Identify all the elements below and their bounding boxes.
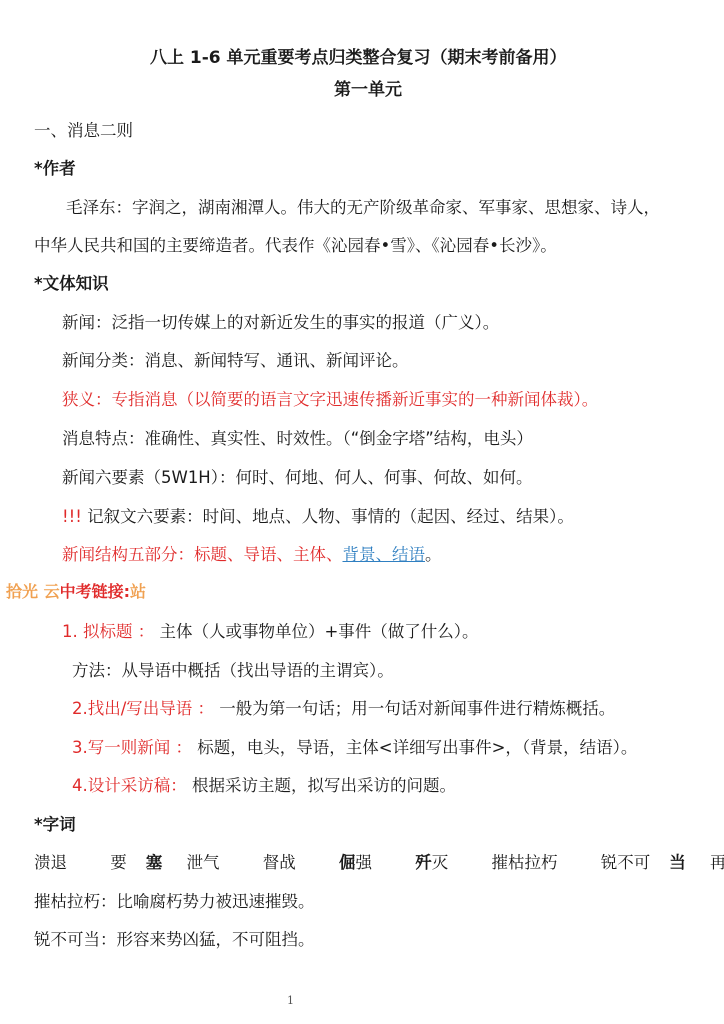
watermark-right: 站	[130, 582, 146, 601]
news-types: 新闻分类：消息、新闻特写、通讯、新闻评论。	[62, 350, 409, 372]
document-title: 八上 1-6 单元重要考点归类整合复习（期末考前备用）	[150, 47, 567, 69]
news-structure: 新闻结构五部分：标题、导语、主体、背景、结语。	[62, 544, 442, 566]
method-text: 方法：从导语中概括（找出导语的主谓宾）。	[72, 660, 394, 682]
definition-1: 摧枯拉朽：比喻腐朽势力被迅速摧毁。	[34, 891, 315, 913]
page-number: 1	[287, 994, 294, 1007]
vocab-item: 要塞	[110, 853, 162, 872]
task-4-text: 根据采访主题，拟写出采访的问题。	[192, 776, 456, 795]
watermark-row: 拾光 云中考链接:站	[6, 581, 146, 603]
task-3-label: 3.写一则新闻 ：	[72, 738, 192, 757]
vocab-item: 锐不可当	[601, 853, 686, 872]
vocab-item: 倔强	[339, 853, 391, 872]
definition-2: 锐不可当：形容来势凶猛，不可阻挡。	[34, 929, 315, 951]
news-definition: 新闻：泛指一切传媒上的对新近发生的事实的报道（广义）。	[62, 312, 499, 334]
vocab-heading: *字词	[34, 814, 76, 836]
narrative-elements: !!! 记叙文六要素：时间、地点、人物、事情的（起因、经过、结果）。	[62, 506, 574, 528]
task-2-label: 2.找出/写出导语 ：	[72, 699, 214, 718]
vocab-item: 溃退	[34, 853, 86, 872]
exam-link-heading: 中考链接:	[60, 582, 130, 601]
task-3: 3.写一则新闻 ： 标题，电头，导语，主体<详细写出事件>，（背景，结语）。	[72, 737, 637, 759]
author-text-line2: 中华人民共和国的主要缔造者。代表作《沁园春•雪》、《沁园春•长沙》。	[34, 235, 557, 257]
narrative-text: 记叙文六要素：时间、地点、人物、事情的（起因、经过、结果）。	[87, 507, 574, 526]
vocab-list: 溃退 要塞 泄气 督战 倔强 歼灭 摧枯拉朽 锐不可当 再接再厉	[34, 852, 724, 874]
genre-heading: *文体知识	[34, 273, 109, 295]
vocab-item: 歼灭	[415, 853, 467, 872]
author-heading: *作者	[34, 158, 76, 180]
vocab-item: 摧枯拉朽	[492, 853, 577, 872]
narrow-definition: 狭义：专指消息（以简要的语言文字迅速传播新近事实的一种新闻体裁）。	[62, 389, 598, 411]
section-heading: 一、消息二则	[34, 120, 133, 142]
unit-heading: 第一单元	[334, 79, 402, 101]
task-4: 4.设计采访稿： 根据采访主题，拟写出采访的问题。	[72, 775, 456, 797]
vocab-item: 再接再厉	[710, 853, 724, 872]
vocab-item: 督战	[263, 853, 315, 872]
task-4-label: 4.设计采访稿：	[72, 776, 187, 795]
six-elements: 新闻六要素（5W1H）：何时、何地、何人、何事、何故、如何。	[62, 467, 532, 489]
structure-label: 新闻结构五部分：标题、导语、主体、	[62, 545, 343, 564]
emphasis-mark: !!!	[62, 507, 82, 526]
task-2: 2.找出/写出导语 ： 一般为第一句话；用一句话对新闻事件进行精炼概括。	[72, 698, 615, 720]
vocab-item: 泄气	[187, 853, 239, 872]
watermark-left: 拾光 云	[6, 582, 60, 601]
task-1: 1. 拟标题 ： 主体（人或事物单位）+事件（做了什么）。	[62, 621, 479, 643]
task-1-label: 1. 拟标题 ：	[62, 622, 154, 641]
structure-link[interactable]: 背景、结语	[343, 545, 426, 564]
author-text-line1: 毛泽东：字润之，湖南湘潭人。伟大的无产阶级革命家、军事家、思想家、诗人，	[66, 197, 660, 219]
task-3-text: 标题，电头，导语，主体<详细写出事件>，（背景，结语）。	[197, 738, 637, 757]
task-2-text: 一般为第一句话；用一句话对新闻事件进行精炼概括。	[219, 699, 615, 718]
news-features: 消息特点：准确性、真实性、时效性。（“倒金字塔”结构，电头）	[62, 428, 533, 450]
task-1-text: 主体（人或事物单位）+事件（做了什么）。	[159, 622, 478, 641]
